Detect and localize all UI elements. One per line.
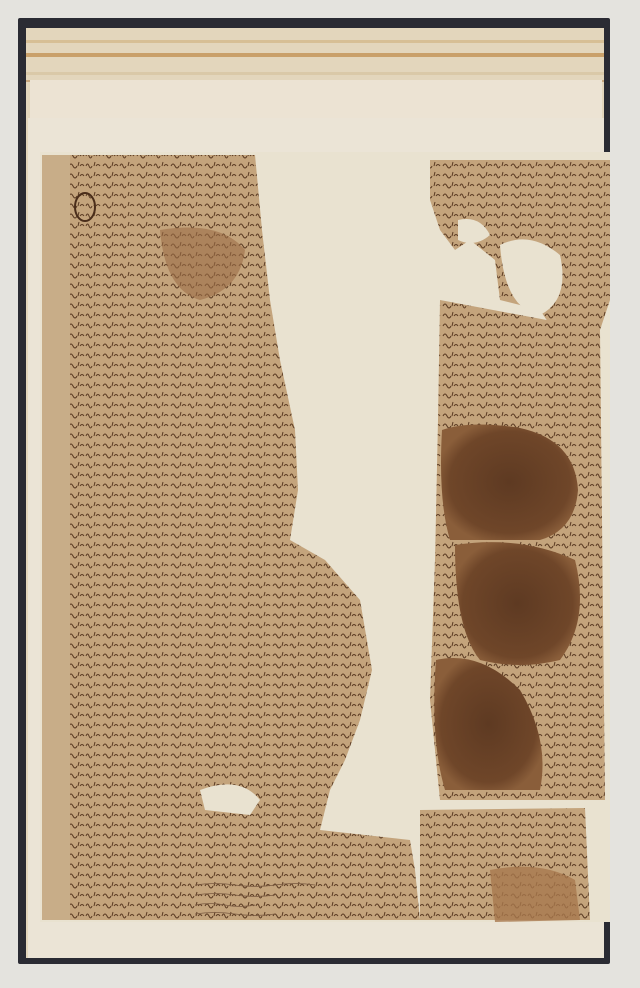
water-stain-2	[455, 542, 580, 665]
manuscript-photo	[0, 0, 640, 988]
